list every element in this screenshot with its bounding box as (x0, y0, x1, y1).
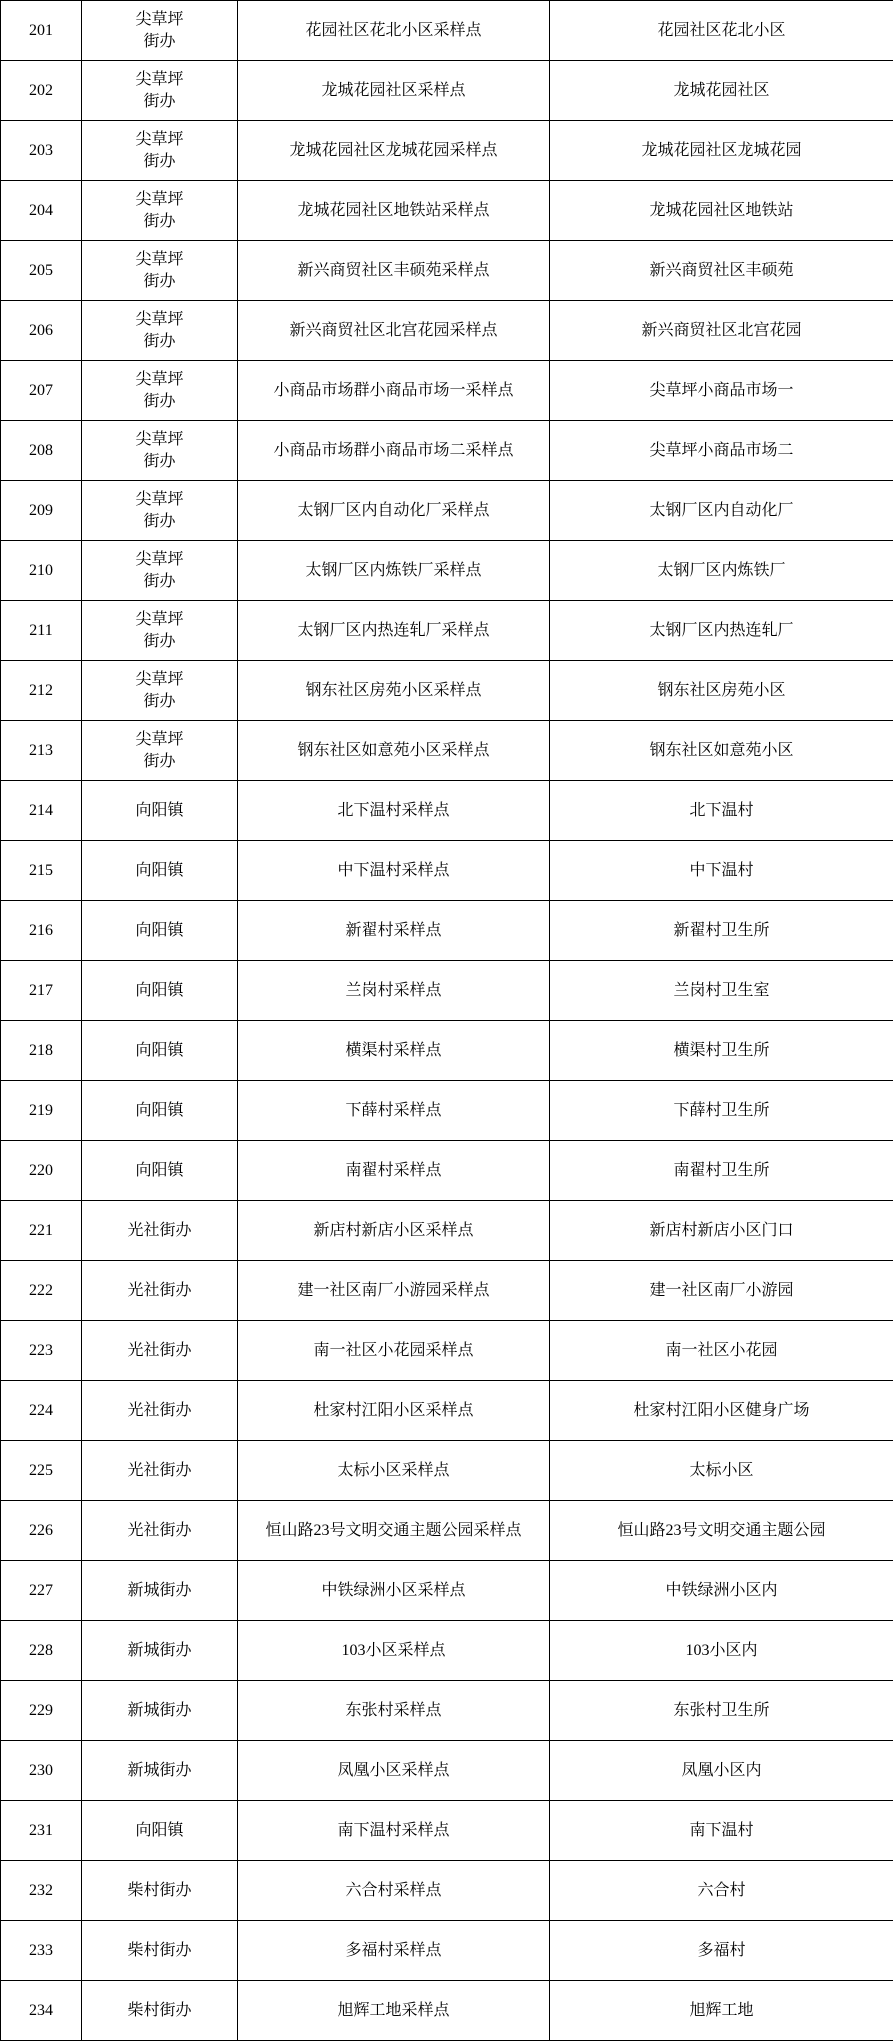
location-cell: 凤凰小区内 (550, 1741, 893, 1801)
table-row: 205 尖草坪 街办 新兴商贸社区丰硕苑采样点 新兴商贸社区丰硕苑 (1, 241, 893, 301)
sampling-point-cell: 新兴商贸社区丰硕苑采样点 (238, 241, 550, 301)
table-row: 230 新城街办 凤凰小区采样点 凤凰小区内 (1, 1741, 893, 1801)
district-cell: 尖草坪 街办 (82, 661, 238, 721)
row-number-cell: 205 (1, 241, 82, 301)
district-cell: 光社街办 (82, 1201, 238, 1261)
location-cell: 龙城花园社区地铁站 (550, 181, 893, 241)
location-cell: 建一社区南厂小游园 (550, 1261, 893, 1321)
district-cell: 向阳镇 (82, 781, 238, 841)
sampling-point-cell: 南下温村采样点 (238, 1801, 550, 1861)
sampling-point-cell: 多福村采样点 (238, 1921, 550, 1981)
district-cell: 尖草坪 街办 (82, 241, 238, 301)
sampling-point-cell: 花园社区花北小区采样点 (238, 1, 550, 61)
table-row: 225 光社街办 太标小区采样点 太标小区 (1, 1441, 893, 1501)
district-cell: 尖草坪 街办 (82, 421, 238, 481)
table-row: 216 向阳镇 新翟村采样点 新翟村卫生所 (1, 901, 893, 961)
table-row: 211 尖草坪 街办 太钢厂区内热连轧厂采样点 太钢厂区内热连轧厂 (1, 601, 893, 661)
table-row: 215 向阳镇 中下温村采样点 中下温村 (1, 841, 893, 901)
location-cell: 新兴商贸社区丰硕苑 (550, 241, 893, 301)
row-number-cell: 204 (1, 181, 82, 241)
sampling-point-cell: 小商品市场群小商品市场二采样点 (238, 421, 550, 481)
row-number-cell: 226 (1, 1501, 82, 1561)
location-cell: 多福村 (550, 1921, 893, 1981)
row-number-cell: 219 (1, 1081, 82, 1141)
row-number-cell: 208 (1, 421, 82, 481)
location-cell: 龙城花园社区 (550, 61, 893, 121)
location-cell: 北下温村 (550, 781, 893, 841)
location-cell: 恒山路23号文明交通主题公园 (550, 1501, 893, 1561)
sampling-point-cell: 钢东社区房苑小区采样点 (238, 661, 550, 721)
district-cell: 新城街办 (82, 1681, 238, 1741)
location-cell: 新兴商贸社区北宫花园 (550, 301, 893, 361)
table-row: 214 向阳镇 北下温村采样点 北下温村 (1, 781, 893, 841)
row-number-cell: 222 (1, 1261, 82, 1321)
district-cell: 光社街办 (82, 1321, 238, 1381)
location-cell: 龙城花园社区龙城花园 (550, 121, 893, 181)
district-cell: 尖草坪 街办 (82, 541, 238, 601)
sampling-point-cell: 新店村新店小区采样点 (238, 1201, 550, 1261)
row-number-cell: 206 (1, 301, 82, 361)
sampling-point-cell: 东张村采样点 (238, 1681, 550, 1741)
row-number-cell: 211 (1, 601, 82, 661)
row-number-cell: 224 (1, 1381, 82, 1441)
row-number-cell: 227 (1, 1561, 82, 1621)
district-cell: 柴村街办 (82, 1921, 238, 1981)
row-number-cell: 229 (1, 1681, 82, 1741)
row-number-cell: 220 (1, 1141, 82, 1201)
row-number-cell: 223 (1, 1321, 82, 1381)
row-number-cell: 214 (1, 781, 82, 841)
table-row: 206 尖草坪 街办 新兴商贸社区北宫花园采样点 新兴商贸社区北宫花园 (1, 301, 893, 361)
district-cell: 向阳镇 (82, 961, 238, 1021)
sampling-point-cell: 新兴商贸社区北宫花园采样点 (238, 301, 550, 361)
location-cell: 新翟村卫生所 (550, 901, 893, 961)
sampling-point-cell: 恒山路23号文明交通主题公园采样点 (238, 1501, 550, 1561)
location-cell: 杜家村江阳小区健身广场 (550, 1381, 893, 1441)
district-cell: 尖草坪 街办 (82, 1, 238, 61)
district-cell: 尖草坪 街办 (82, 301, 238, 361)
district-cell: 尖草坪 街办 (82, 121, 238, 181)
table-row: 220 向阳镇 南翟村采样点 南翟村卫生所 (1, 1141, 893, 1201)
location-cell: 中铁绿洲小区内 (550, 1561, 893, 1621)
table-row: 209 尖草坪 街办 太钢厂区内自动化厂采样点 太钢厂区内自动化厂 (1, 481, 893, 541)
row-number-cell: 216 (1, 901, 82, 961)
location-cell: 旭辉工地 (550, 1981, 893, 2041)
location-cell: 新店村新店小区门口 (550, 1201, 893, 1261)
district-cell: 新城街办 (82, 1561, 238, 1621)
district-cell: 尖草坪 街办 (82, 61, 238, 121)
district-cell: 柴村街办 (82, 1861, 238, 1921)
table-row: 210 尖草坪 街办 太钢厂区内炼铁厂采样点 太钢厂区内炼铁厂 (1, 541, 893, 601)
row-number-cell: 225 (1, 1441, 82, 1501)
location-cell: 太钢厂区内自动化厂 (550, 481, 893, 541)
location-cell: 下薛村卫生所 (550, 1081, 893, 1141)
location-cell: 尖草坪小商品市场二 (550, 421, 893, 481)
row-number-cell: 228 (1, 1621, 82, 1681)
table-row: 224 光社街办 杜家村江阳小区采样点 杜家村江阳小区健身广场 (1, 1381, 893, 1441)
district-cell: 光社街办 (82, 1381, 238, 1441)
district-cell: 尖草坪 街办 (82, 721, 238, 781)
location-cell: 六合村 (550, 1861, 893, 1921)
sampling-points-table-page: 201 尖草坪 街办 花园社区花北小区采样点 花园社区花北小区 202 尖草坪 … (0, 0, 893, 2041)
table-row: 203 尖草坪 街办 龙城花园社区龙城花园采样点 龙城花园社区龙城花园 (1, 121, 893, 181)
location-cell: 钢东社区如意苑小区 (550, 721, 893, 781)
sampling-point-cell: 下薛村采样点 (238, 1081, 550, 1141)
table-row: 234 柴村街办 旭辉工地采样点 旭辉工地 (1, 1981, 893, 2041)
row-number-cell: 213 (1, 721, 82, 781)
row-number-cell: 231 (1, 1801, 82, 1861)
district-cell: 柴村街办 (82, 1981, 238, 2041)
table-row: 202 尖草坪 街办 龙城花园社区采样点 龙城花园社区 (1, 61, 893, 121)
table-row: 207 尖草坪 街办 小商品市场群小商品市场一采样点 尖草坪小商品市场一 (1, 361, 893, 421)
sampling-point-cell: 南一社区小花园采样点 (238, 1321, 550, 1381)
location-cell: 尖草坪小商品市场一 (550, 361, 893, 421)
row-number-cell: 215 (1, 841, 82, 901)
sampling-point-cell: 龙城花园社区龙城花园采样点 (238, 121, 550, 181)
sampling-point-cell: 新翟村采样点 (238, 901, 550, 961)
location-cell: 太标小区 (550, 1441, 893, 1501)
district-cell: 向阳镇 (82, 1801, 238, 1861)
district-cell: 向阳镇 (82, 1021, 238, 1081)
location-cell: 钢东社区房苑小区 (550, 661, 893, 721)
location-cell: 103小区内 (550, 1621, 893, 1681)
sampling-point-cell: 凤凰小区采样点 (238, 1741, 550, 1801)
location-cell: 兰岗村卫生室 (550, 961, 893, 1021)
table-row: 233 柴村街办 多福村采样点 多福村 (1, 1921, 893, 1981)
sampling-point-cell: 太标小区采样点 (238, 1441, 550, 1501)
table-row: 229 新城街办 东张村采样点 东张村卫生所 (1, 1681, 893, 1741)
table-body: 201 尖草坪 街办 花园社区花北小区采样点 花园社区花北小区 202 尖草坪 … (1, 1, 893, 2041)
table-row: 222 光社街办 建一社区南厂小游园采样点 建一社区南厂小游园 (1, 1261, 893, 1321)
district-cell: 新城街办 (82, 1621, 238, 1681)
row-number-cell: 232 (1, 1861, 82, 1921)
location-cell: 南一社区小花园 (550, 1321, 893, 1381)
location-cell: 中下温村 (550, 841, 893, 901)
sampling-points-table: 201 尖草坪 街办 花园社区花北小区采样点 花园社区花北小区 202 尖草坪 … (0, 0, 893, 2041)
sampling-point-cell: 太钢厂区内自动化厂采样点 (238, 481, 550, 541)
district-cell: 尖草坪 街办 (82, 481, 238, 541)
location-cell: 南翟村卫生所 (550, 1141, 893, 1201)
district-cell: 尖草坪 街办 (82, 601, 238, 661)
row-number-cell: 212 (1, 661, 82, 721)
sampling-point-cell: 杜家村江阳小区采样点 (238, 1381, 550, 1441)
row-number-cell: 233 (1, 1921, 82, 1981)
location-cell: 南下温村 (550, 1801, 893, 1861)
sampling-point-cell: 小商品市场群小商品市场一采样点 (238, 361, 550, 421)
row-number-cell: 221 (1, 1201, 82, 1261)
district-cell: 光社街办 (82, 1441, 238, 1501)
table-row: 219 向阳镇 下薛村采样点 下薛村卫生所 (1, 1081, 893, 1141)
location-cell: 东张村卫生所 (550, 1681, 893, 1741)
sampling-point-cell: 103小区采样点 (238, 1621, 550, 1681)
row-number-cell: 209 (1, 481, 82, 541)
table-row: 231 向阳镇 南下温村采样点 南下温村 (1, 1801, 893, 1861)
sampling-point-cell: 钢东社区如意苑小区采样点 (238, 721, 550, 781)
table-row: 204 尖草坪 街办 龙城花园社区地铁站采样点 龙城花园社区地铁站 (1, 181, 893, 241)
district-cell: 光社街办 (82, 1501, 238, 1561)
row-number-cell: 210 (1, 541, 82, 601)
location-cell: 太钢厂区内炼铁厂 (550, 541, 893, 601)
row-number-cell: 207 (1, 361, 82, 421)
district-cell: 向阳镇 (82, 901, 238, 961)
row-number-cell: 230 (1, 1741, 82, 1801)
row-number-cell: 217 (1, 961, 82, 1021)
table-row: 217 向阳镇 兰岗村采样点 兰岗村卫生室 (1, 961, 893, 1021)
location-cell: 太钢厂区内热连轧厂 (550, 601, 893, 661)
district-cell: 尖草坪 街办 (82, 181, 238, 241)
sampling-point-cell: 六合村采样点 (238, 1861, 550, 1921)
district-cell: 尖草坪 街办 (82, 361, 238, 421)
sampling-point-cell: 南翟村采样点 (238, 1141, 550, 1201)
table-row: 213 尖草坪 街办 钢东社区如意苑小区采样点 钢东社区如意苑小区 (1, 721, 893, 781)
row-number-cell: 203 (1, 121, 82, 181)
district-cell: 向阳镇 (82, 841, 238, 901)
sampling-point-cell: 兰岗村采样点 (238, 961, 550, 1021)
table-row: 228 新城街办 103小区采样点 103小区内 (1, 1621, 893, 1681)
sampling-point-cell: 太钢厂区内炼铁厂采样点 (238, 541, 550, 601)
row-number-cell: 234 (1, 1981, 82, 2041)
sampling-point-cell: 太钢厂区内热连轧厂采样点 (238, 601, 550, 661)
table-row: 201 尖草坪 街办 花园社区花北小区采样点 花园社区花北小区 (1, 1, 893, 61)
sampling-point-cell: 中铁绿洲小区采样点 (238, 1561, 550, 1621)
table-row: 232 柴村街办 六合村采样点 六合村 (1, 1861, 893, 1921)
sampling-point-cell: 建一社区南厂小游园采样点 (238, 1261, 550, 1321)
table-row: 226 光社街办 恒山路23号文明交通主题公园采样点 恒山路23号文明交通主题公… (1, 1501, 893, 1561)
table-row: 223 光社街办 南一社区小花园采样点 南一社区小花园 (1, 1321, 893, 1381)
location-cell: 横渠村卫生所 (550, 1021, 893, 1081)
row-number-cell: 218 (1, 1021, 82, 1081)
sampling-point-cell: 北下温村采样点 (238, 781, 550, 841)
sampling-point-cell: 横渠村采样点 (238, 1021, 550, 1081)
table-row: 218 向阳镇 横渠村采样点 横渠村卫生所 (1, 1021, 893, 1081)
sampling-point-cell: 旭辉工地采样点 (238, 1981, 550, 2041)
location-cell: 花园社区花北小区 (550, 1, 893, 61)
sampling-point-cell: 龙城花园社区地铁站采样点 (238, 181, 550, 241)
table-row: 208 尖草坪 街办 小商品市场群小商品市场二采样点 尖草坪小商品市场二 (1, 421, 893, 481)
sampling-point-cell: 中下温村采样点 (238, 841, 550, 901)
sampling-point-cell: 龙城花园社区采样点 (238, 61, 550, 121)
row-number-cell: 202 (1, 61, 82, 121)
district-cell: 光社街办 (82, 1261, 238, 1321)
table-row: 212 尖草坪 街办 钢东社区房苑小区采样点 钢东社区房苑小区 (1, 661, 893, 721)
district-cell: 向阳镇 (82, 1081, 238, 1141)
row-number-cell: 201 (1, 1, 82, 61)
table-row: 221 光社街办 新店村新店小区采样点 新店村新店小区门口 (1, 1201, 893, 1261)
district-cell: 向阳镇 (82, 1141, 238, 1201)
district-cell: 新城街办 (82, 1741, 238, 1801)
table-row: 227 新城街办 中铁绿洲小区采样点 中铁绿洲小区内 (1, 1561, 893, 1621)
